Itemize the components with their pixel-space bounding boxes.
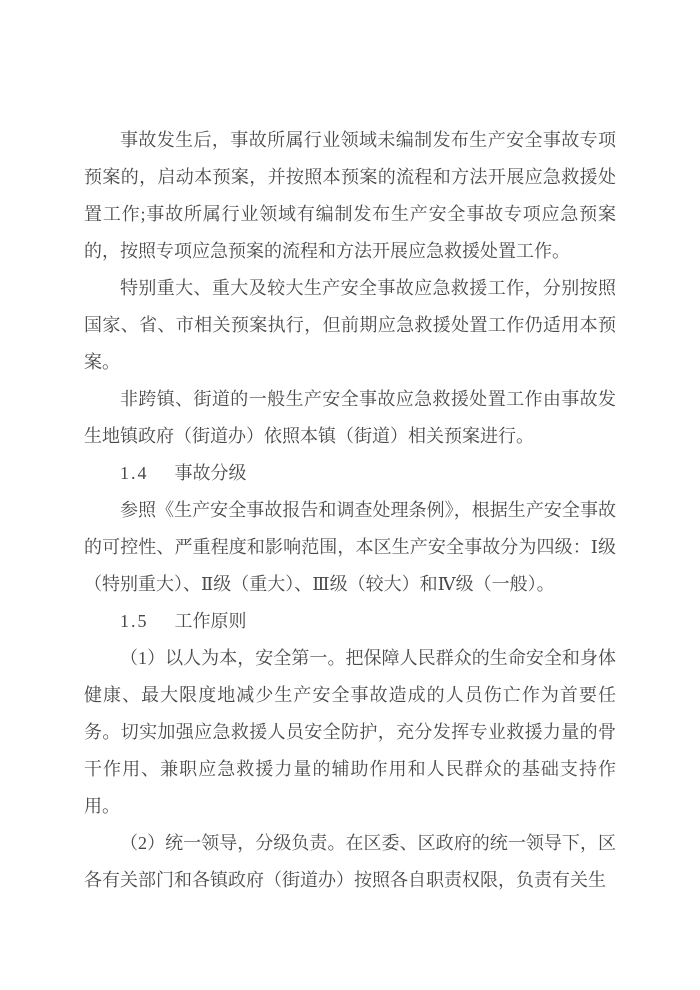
paragraph-non-cross-town-accidents: 非跨镇、街道的一般生产安全事故应急救援处置工作由事故发生地镇政府（街道办）依照本… [84,381,616,455]
heading-title: 工作原则 [175,611,247,631]
paragraph-plan-applicability: 事故发生后，事故所属行业领域未编制发布生产安全事故专项预案的，启动本预案，并按照… [84,122,616,270]
heading-number: 1.4 [120,463,149,483]
heading-accident-classification: 1.4事故分级 [84,455,616,492]
heading-number: 1.5 [120,611,149,631]
paragraph-major-accident-rescue: 特别重大、重大及较大生产安全事故应急救援工作，分别按照国家、省、市相关预案执行，… [84,270,616,381]
heading-work-principles: 1.5工作原则 [84,603,616,640]
paragraph-principle-people-first: （1）以人为本，安全第一。把保障人民群众的生命安全和身体健康、最大限度地减少生产… [84,640,616,825]
document-page: 事故发生后，事故所属行业领域未编制发布生产安全事故专项预案的，启动本预案，并按照… [84,122,616,899]
paragraph-classification-levels: 参照《生产安全事故报告和调查处理条例》，根据生产安全事故的可控性、严重程度和影响… [84,492,616,603]
heading-title: 事故分级 [175,463,247,483]
paragraph-principle-unified-leadership: （2）统一领导，分级负责。在区委、区政府的统一领导下，区各有关部门和各镇政府（街… [84,825,616,899]
